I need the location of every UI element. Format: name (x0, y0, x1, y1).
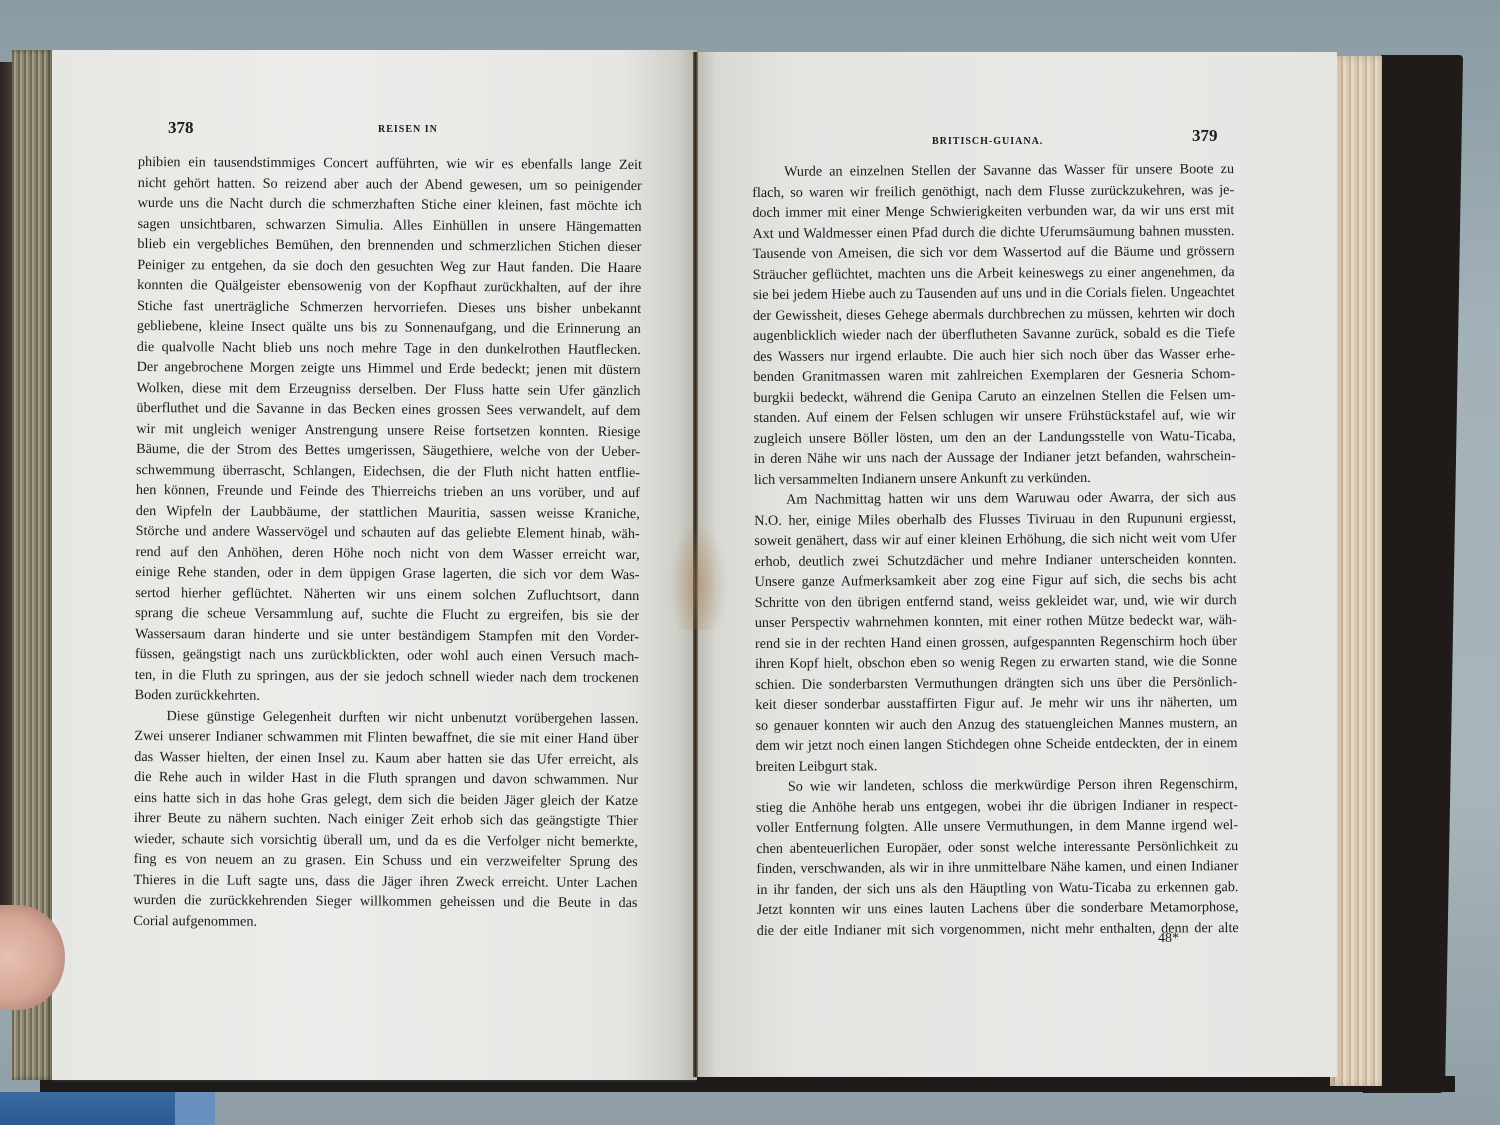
water-stain (668, 520, 728, 630)
text-line: phibien ein tausendstimmiges Concert auf… (138, 152, 642, 176)
text-line: Sträucher geflüchtet, machten uns die Ar… (753, 262, 1235, 285)
text-line: So wie wir landeten, schloss die merkwür… (756, 774, 1238, 797)
text-line: augenblicklich wieder nach der überfluth… (753, 323, 1235, 346)
text-line: fing es von neuem an zu grasen. Ein Schu… (134, 849, 638, 873)
text-line: Bäume, die der Strom des Bettes umgeriss… (136, 439, 640, 463)
right-page-number: 379 (1192, 126, 1218, 146)
text-line: chen abenteuerlichen Europäer, oder sons… (756, 836, 1238, 859)
text-line: in deren Nähe wir uns nach der Aussage d… (754, 446, 1236, 469)
text-line: benden Granitmassen waren mit zahlreiche… (753, 364, 1235, 387)
text-line: Schritte von den übrigen entfernd stand,… (755, 590, 1237, 613)
text-line: die der eitle Indianer mit sich vorgenom… (757, 918, 1239, 941)
text-line: gebliebene, kleine Insect quälte uns bis… (137, 316, 641, 340)
text-line: wurden die zurückkehrenden Sieger willko… (133, 890, 637, 914)
right-page-text: Wurde an einzelnen Stellen der Savanne d… (752, 159, 1239, 941)
text-line: schien. Die sonderbarsten Vermuthungen d… (755, 672, 1237, 695)
left-page-number: 378 (168, 118, 194, 138)
text-line: ihren Kopf hielt, obschon eben so wenig … (755, 651, 1237, 674)
text-line: Am Nachmittag hatten wir uns dem Waruwau… (754, 487, 1236, 510)
text-line: lich versammelten Indianern unsere Ankun… (754, 467, 1236, 490)
text-line: einige Rehe standen, oder in dem üppigen… (135, 562, 639, 586)
text-line: zugleich unsere Böller lösten, um den an… (754, 426, 1236, 449)
text-line: des Wassers nur irgend erlaubte. Die auc… (753, 344, 1235, 367)
right-page-edges (1330, 56, 1382, 1086)
text-line: wurde uns die Nacht durch die schmerzhaf… (138, 193, 642, 217)
text-line: flach, so waren wir freilich genöthigt, … (752, 180, 1234, 203)
text-line: so genauer konnten wir auch den Anzug de… (755, 713, 1237, 736)
text-line: Tausende von Ameisen, die sich vor dem W… (753, 241, 1235, 264)
text-line: stieg die Anhöhe herab uns entgegen, wob… (756, 795, 1238, 818)
text-line: Jetzt konnten wir uns eines lauten Lache… (757, 897, 1239, 920)
text-line: Corial aufgenommen. (133, 910, 637, 934)
text-line: rend sie in der rechten Hand einen gross… (755, 631, 1237, 654)
photo-scene: 378 REISEN IN BRITISCH-GUIANA. 379 48* p… (0, 0, 1500, 1125)
blue-object (0, 1092, 215, 1125)
text-line: breiten Leibgurt stak. (756, 754, 1238, 777)
text-line: sprang die scheue Versammlung auf, sucht… (135, 603, 639, 627)
text-line: füssen, geängstigt nach uns zurückblickt… (135, 644, 639, 668)
text-line: die Rehe auch in wilder Hast in die Flut… (134, 767, 638, 791)
text-line: N.O. her, einige Miles oberhalb des Flus… (754, 508, 1236, 531)
left-page-text: phibien ein tausendstimmiges Concert auf… (133, 152, 642, 934)
left-running-head: REISEN IN (378, 124, 438, 135)
text-line: konnten die Quälgeister ebensowenig von … (137, 275, 641, 299)
text-line: standen. Auf einem der Felsen schlugen w… (754, 405, 1236, 428)
right-running-head: BRITISCH-GUIANA. (932, 136, 1043, 147)
text-line: doch immer mit einer Menge Schwierigkeit… (752, 200, 1234, 223)
text-line: voller Entfernung folgten. Alle unsere V… (756, 815, 1238, 838)
text-line: in ihr fanden, der sich uns als den Häup… (756, 877, 1238, 900)
text-line: soweit genähert, dass wir auf einer klei… (754, 528, 1236, 551)
text-line: Unsere ganze Aufmerksamkeit aber zog ein… (755, 569, 1237, 592)
text-line: Wurde an einzelnen Stellen der Savanne d… (752, 159, 1234, 182)
text-line: Der angebrochene Morgen zeigte uns Himme… (137, 357, 641, 381)
text-line: burgkii bedeckt, während die Genipa Caru… (753, 385, 1235, 408)
text-line: finden, verschwanden, als wir in ihre un… (756, 856, 1238, 879)
text-line: Zwei unserer Indianer schwammen mit Flin… (134, 726, 638, 750)
text-line: erhob, deutlich zwei Schutzdächer und me… (754, 549, 1236, 572)
text-line: sie bei jedem Hiebe auch zu Tausenden au… (753, 282, 1235, 305)
text-line: überfluthet und die Savanne in das Becke… (136, 398, 640, 422)
text-line: unser Perspectiv wahrnehmen konnten, mit… (755, 610, 1237, 633)
text-line: hen können, Freunde und Feinde des Thier… (136, 480, 640, 504)
text-line: Störche und andere Wasservögel und schau… (136, 521, 640, 545)
text-line: blieb ein vergebliches Bemühen, den bren… (137, 234, 641, 258)
text-line: ihrer Beute zu nähern suchten. Nach eini… (134, 808, 638, 832)
text-line: Boden zurückkehrten. (135, 685, 639, 709)
text-line: dem wir jetzt noch einen langen Stichdeg… (756, 733, 1238, 756)
text-line: keit dieser sonderbar ausstaffirten Figu… (755, 692, 1237, 715)
text-line: Axt und Waldmesser einen Pfad durch die … (752, 221, 1234, 244)
text-line: der Gewissheit, dieses Gehege abermals d… (753, 303, 1235, 326)
